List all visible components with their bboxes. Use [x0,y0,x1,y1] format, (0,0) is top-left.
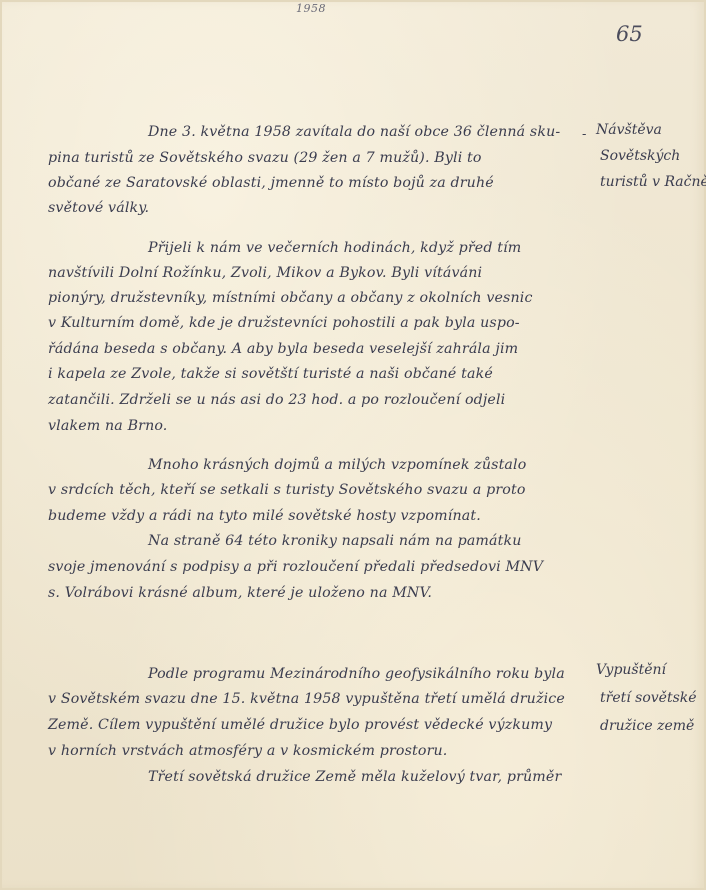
margin-note-line: třetí sovětské [600,690,697,706]
text-line: občané ze Saratovské oblasti, jmenně to … [48,175,494,191]
text-line: pionýry, družstevníky, místními občany a… [48,290,533,306]
page-number: 65 [616,22,643,46]
year-header: 1958 [296,2,326,15]
margin-note-line: turistů v Račně [600,174,706,190]
text-line: Dne 3. května 1958 zavítala do naší obce… [148,124,560,140]
text-line: vlakem na Brno. [48,418,167,434]
text-line: s. Volrábovi krásné album, které je ulož… [48,585,432,601]
text-line: v Sovětském svazu dne 15. května 1958 vy… [48,691,565,707]
text-line: Třetí sovětská družice Země měla kuželov… [148,769,561,785]
margin-dash: - [582,127,586,142]
margin-note-line: Vypuštění [596,662,666,678]
text-line: Země. Cílem vypuštění umělé družice bylo… [48,717,552,733]
margin-note-line: družice země [600,718,694,734]
chronicle-page: 1958 65 - Návštěva Sovětských turistů v … [0,0,706,890]
text-line: budeme vždy a rádi na tyto milé sovětské… [48,508,481,524]
text-line: v srdcích těch, kteří se setkali s turis… [48,482,526,498]
text-line: řádána beseda s občany. A aby byla besed… [48,341,518,357]
text-line: Na straně 64 této kroniky napsali nám na… [148,533,522,549]
text-line: Přijeli k nám ve večerních hodinách, kdy… [148,240,521,256]
margin-note-line: Sovětských [600,148,680,164]
text-line: v Kulturním domě, kde je družstevníci po… [48,315,520,331]
text-line: navštívili Dolní Rožínku, Zvoli, Mikov a… [48,265,482,281]
text-line: Podle programu Mezinárodního geofysikáln… [148,666,565,682]
text-line: svoje jmenování s podpisy a při rozlouče… [48,559,543,575]
text-line: pina turistů ze Sovětského svazu (29 žen… [48,150,482,166]
text-line: světové války. [48,200,149,216]
text-line: i kapela ze Zvole, takže si sovětští tur… [48,366,493,382]
text-line: v horních vrstvách atmosféry a v kosmick… [48,743,447,759]
text-line: Mnoho krásných dojmů a milých vzpomínek … [148,457,526,473]
margin-note-line: Návštěva [596,122,662,138]
text-line: zatančili. Zdrželi se u nás asi do 23 ho… [48,392,505,408]
